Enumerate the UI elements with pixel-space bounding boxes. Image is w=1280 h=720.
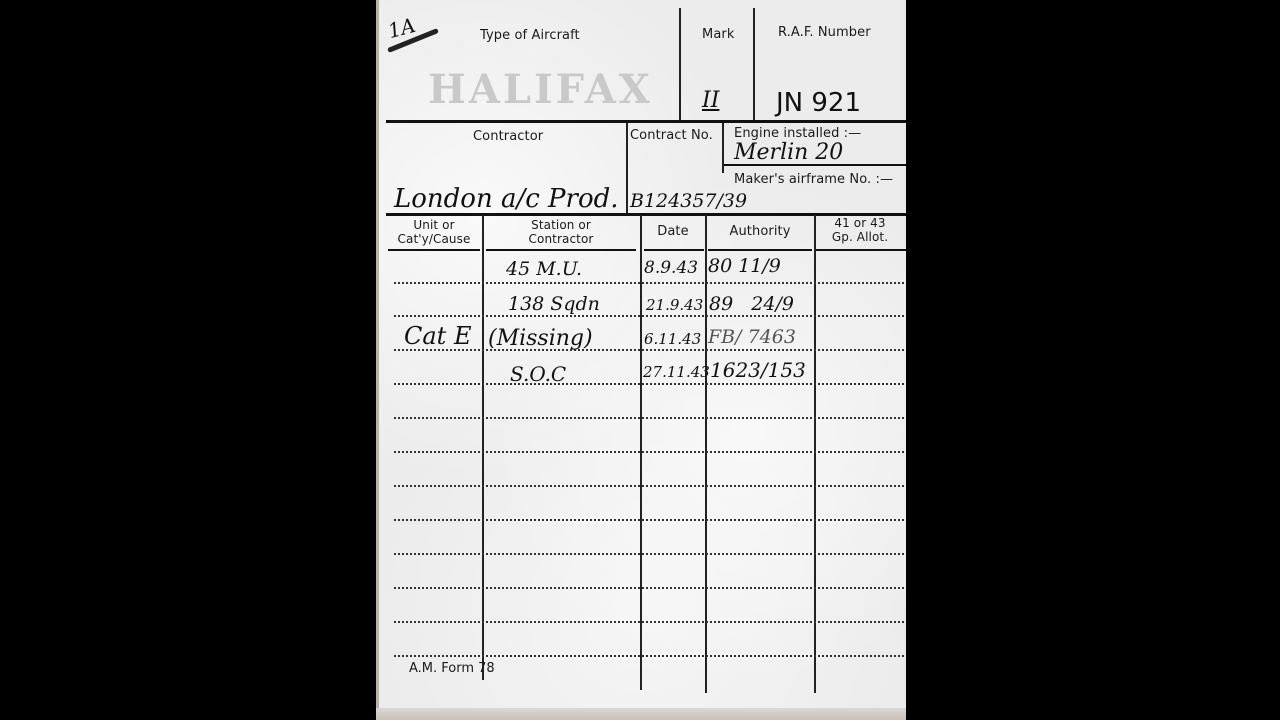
ruled-line-9 — [394, 553, 904, 555]
type-of-aircraft-label: Type of Aircraft — [480, 28, 580, 43]
engine-installed-value: Merlin 20 — [734, 140, 843, 165]
card-bottom-edge — [376, 708, 906, 720]
row4-date: 27.11.43 — [643, 363, 710, 381]
column-divider-1 — [482, 215, 484, 680]
divider-contract-no — [626, 123, 628, 215]
form-number: A.M. Form 78 — [409, 661, 495, 676]
row3-date: 6.11.43 — [644, 330, 701, 348]
row4-station: S.O.C — [510, 362, 566, 386]
col-header-unit-line1: Unit or — [386, 218, 482, 232]
mark-value: II — [702, 88, 719, 113]
header-underline-unit — [388, 249, 480, 251]
engine-rule — [724, 164, 906, 166]
raf-number-value: JN 921 — [776, 88, 861, 118]
col-header-authority-line2: Authority — [708, 225, 812, 239]
header-underline-authority — [708, 249, 812, 251]
ruled-line-5 — [394, 417, 904, 419]
ruled-line-4 — [394, 383, 904, 385]
contract-no-label: Contract No. — [630, 128, 713, 143]
col-header-station-line1: Station or — [486, 218, 636, 232]
row2-authority: 89 24/9 — [709, 293, 794, 315]
col-header-authority: Authority — [708, 218, 812, 239]
col-header-station: Station or Contractor — [486, 218, 636, 246]
col-header-date: Date — [642, 218, 704, 239]
col-header-unit: Unit or Cat'y/Cause — [386, 218, 482, 246]
ruled-line-12 — [394, 655, 904, 657]
row1-date: 8.9.43 — [644, 258, 698, 278]
ruled-line-7 — [394, 485, 904, 487]
top-section-rule — [386, 120, 906, 123]
aircraft-record-card: 1A Type of Aircraft HALIFAX Mark II R.A.… — [376, 0, 906, 720]
col-header-allot-line1: 41 or 43 — [816, 216, 904, 230]
ruled-line-11 — [394, 621, 904, 623]
header-underline-station — [486, 249, 636, 251]
col-header-allot: 41 or 43 Gp. Allot. — [816, 216, 904, 244]
ruled-line-2 — [394, 315, 904, 317]
ruled-line-6 — [394, 451, 904, 453]
row3-station: (Missing) — [488, 326, 593, 351]
divider-mark — [679, 8, 681, 121]
engine-installed-label: Engine installed :— — [734, 126, 861, 141]
row1-authority: 80 11/9 — [708, 255, 781, 277]
ruled-line-10 — [394, 587, 904, 589]
row1-station: 45 M.U. — [506, 258, 582, 280]
col-header-allot-line2: Gp. Allot. — [816, 230, 904, 244]
header-underline-date — [644, 249, 704, 251]
divider-raf — [753, 8, 755, 121]
contractor-label: Contractor — [473, 129, 543, 144]
col-header-date-line2: Date — [642, 225, 704, 239]
col-header-station-line2: Contractor — [486, 232, 636, 246]
row3-authority: FB/ 7463 — [708, 326, 796, 348]
contractor-value: London a/c Prod. — [394, 184, 619, 214]
header-underline-allot — [816, 249, 906, 251]
makers-airframe-label: Maker's airframe No. :— — [734, 172, 893, 187]
row2-date: 21.9.43 — [646, 296, 703, 314]
row4-authority: 1623/153 — [710, 358, 806, 382]
mark-label: Mark — [702, 27, 734, 42]
raf-number-label: R.A.F. Number — [778, 25, 871, 40]
ruled-line-8 — [394, 519, 904, 521]
col-header-unit-line2: Cat'y/Cause — [386, 232, 482, 246]
card-left-edge — [376, 0, 379, 720]
row3-unit: Cat E — [404, 322, 471, 350]
aircraft-type-stamp: HALIFAX — [428, 66, 653, 113]
ruled-line-1 — [394, 282, 904, 284]
row2-station: 138 Sqdn — [508, 293, 600, 315]
contract-no-value: B124357/39 — [630, 190, 747, 212]
